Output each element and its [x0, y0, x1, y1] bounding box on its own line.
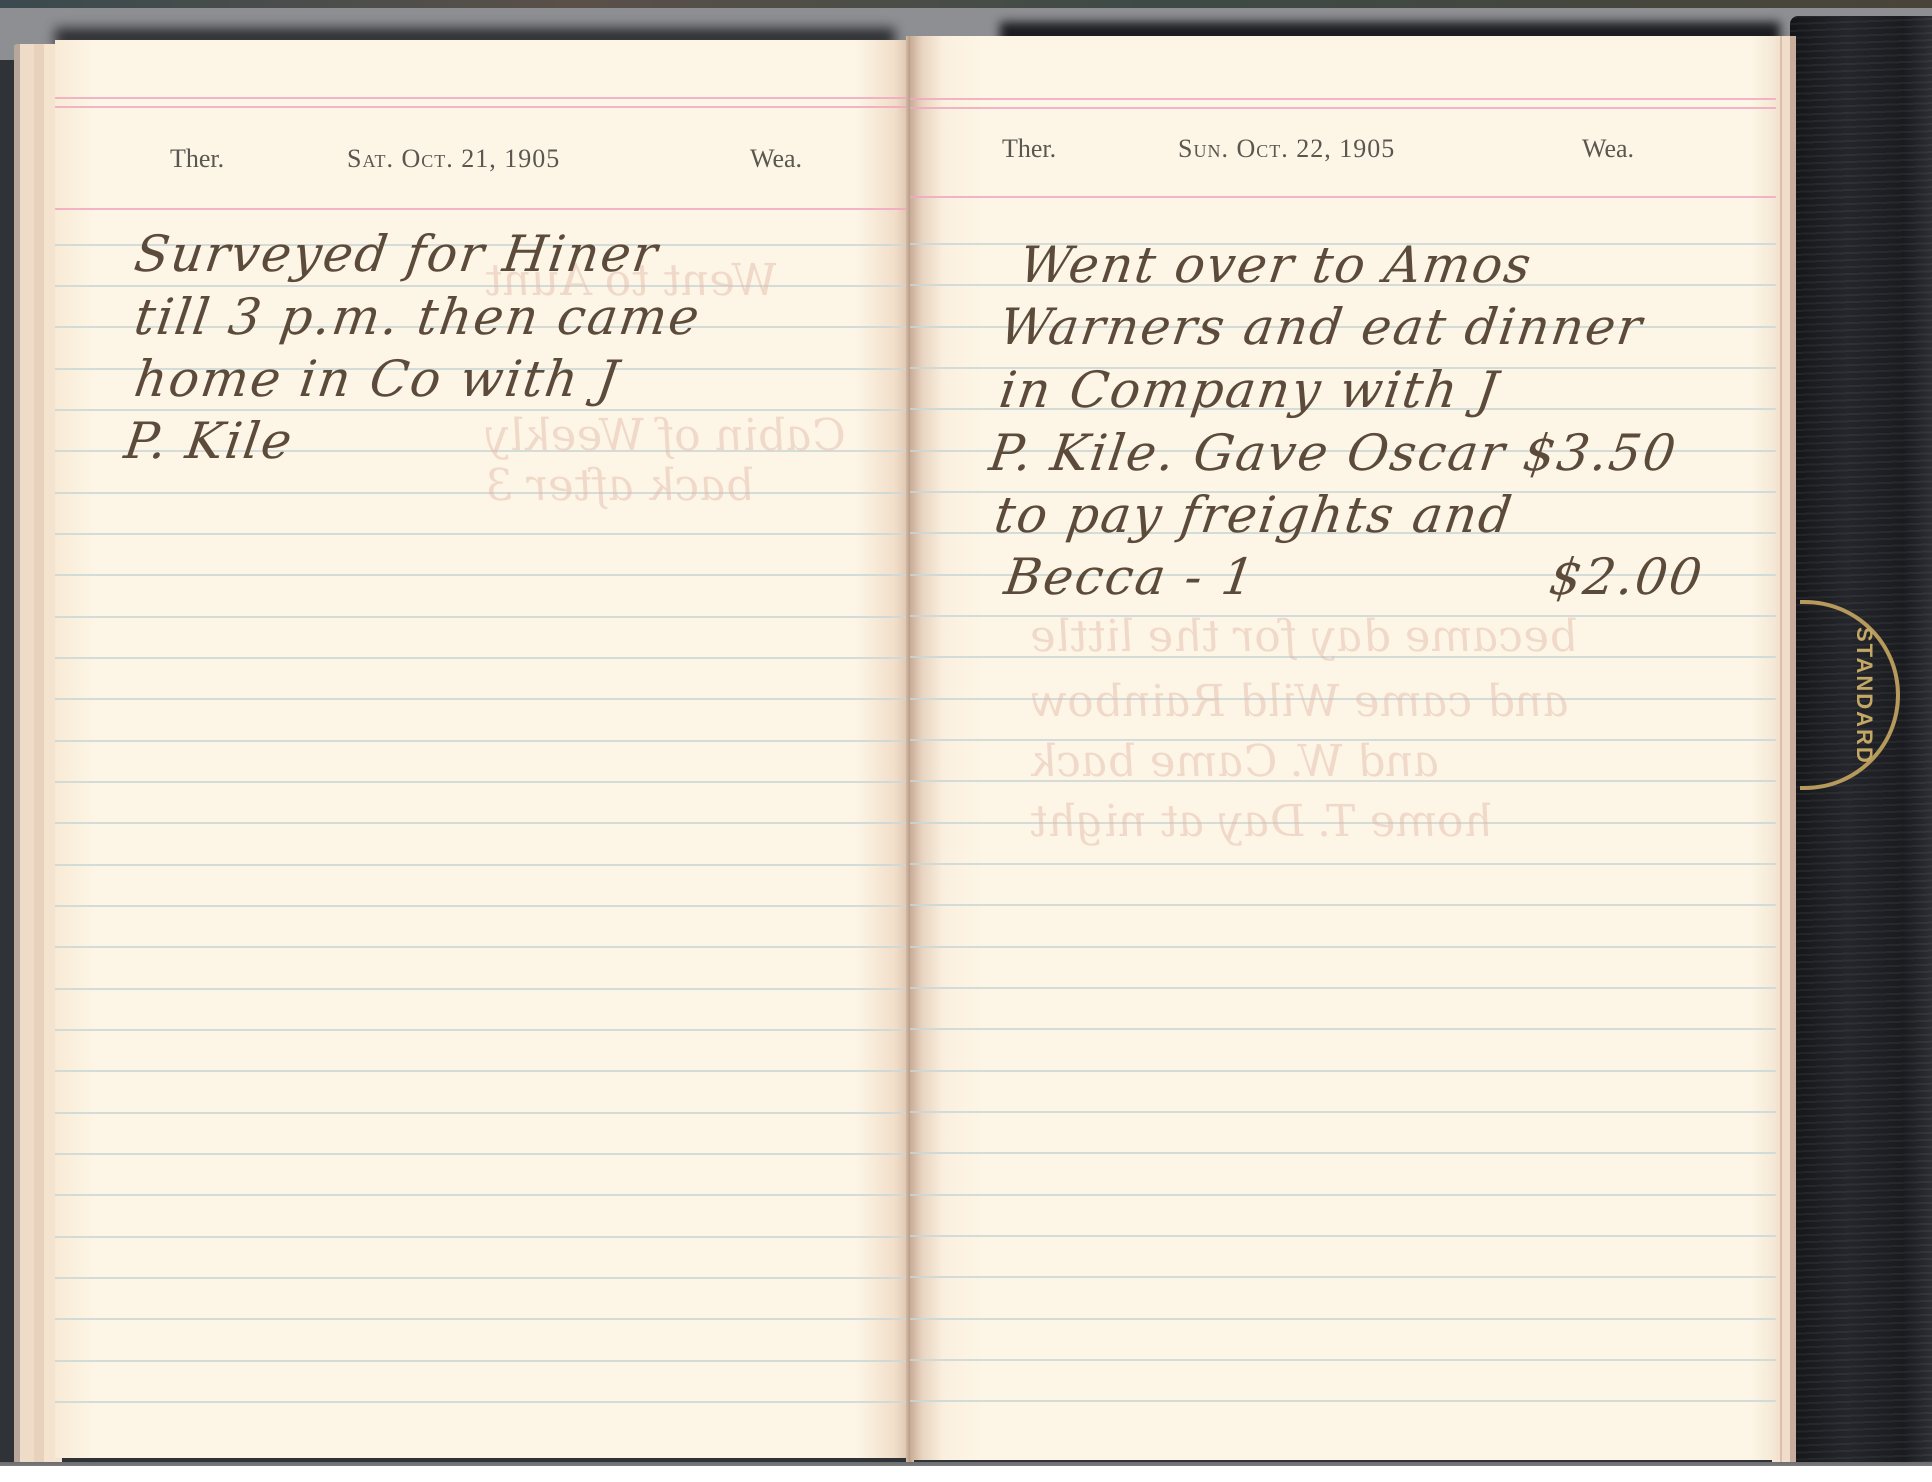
ruled-line — [55, 285, 910, 287]
ruled-line — [55, 740, 910, 742]
handwritten-amount: $2.00 — [1546, 548, 1707, 606]
ruled-line — [55, 657, 910, 659]
ruled-line — [910, 1318, 1776, 1320]
bleed-through-text: home T. Day at night — [1026, 796, 1495, 847]
ruled-line — [910, 1070, 1776, 1072]
ruled-line — [55, 1277, 910, 1279]
ruled-line — [55, 1153, 910, 1155]
ruled-line — [55, 946, 910, 948]
ruled-line — [910, 1111, 1776, 1113]
ruled-line — [55, 1360, 910, 1362]
ruled-line — [910, 1276, 1776, 1278]
ruled-line — [910, 1152, 1776, 1154]
pink-rule — [910, 196, 1776, 198]
scan-bottom-edge — [0, 1466, 1932, 1482]
ruled-line — [910, 904, 1776, 906]
bleed-through-text: and came Wild Rainbow — [1026, 676, 1572, 727]
ruled-line — [55, 1318, 910, 1320]
pink-rule — [910, 107, 1776, 109]
right-page: Ther. Sun. Oct. 22, 1905 Wea. became day… — [910, 36, 1776, 1460]
scan-top-edge — [0, 0, 1932, 8]
ruled-line — [55, 1112, 910, 1114]
page-date: Sat. Oct. 21, 1905 — [347, 144, 560, 174]
handwritten-line: Warners and eat dinner — [996, 298, 1647, 356]
ruled-line — [910, 1194, 1776, 1196]
left-page: Ther. Sat. Oct. 21, 1905 Wea. Went to Au… — [55, 40, 910, 1458]
wea-label: Wea. — [1582, 134, 1634, 164]
pink-rule — [55, 106, 910, 108]
ruled-line — [55, 1070, 910, 1072]
bleed-through-text: became day for the little — [1026, 611, 1581, 662]
handwritten-line: P. Kile — [121, 412, 297, 470]
handwritten-line: home in Co with J — [131, 350, 624, 408]
ruled-line — [55, 1194, 910, 1196]
handwritten-line: P. Kile. Gave Oscar $3.50 — [986, 424, 1681, 482]
ruled-line — [55, 905, 910, 907]
ruled-line — [55, 781, 910, 783]
ther-label: Ther. — [1002, 134, 1056, 164]
bleed-through-text: back after 3 — [481, 460, 757, 511]
handwritten-line: Surveyed for Hiner — [131, 225, 663, 283]
emblem-text: STANDARD — [1816, 616, 1878, 776]
pink-rule — [55, 208, 910, 210]
handwritten-line: to pay freights and — [991, 486, 1517, 544]
handwritten-line: Becca - 1 — [1001, 548, 1260, 606]
ruled-line — [55, 492, 910, 494]
ruled-line — [55, 822, 910, 824]
ruled-line — [55, 1401, 910, 1403]
ruled-line — [55, 988, 910, 990]
ruled-line — [55, 698, 910, 700]
ruled-line — [910, 1235, 1776, 1237]
ther-label: Ther. — [170, 144, 224, 174]
ruled-line — [910, 1400, 1776, 1402]
ruled-line — [910, 1028, 1776, 1030]
handwritten-line: Went over to Amos — [1016, 236, 1536, 294]
bleed-through-text: Cabin of Weekly — [481, 410, 849, 461]
bleed-through-text: and W. Came back — [1026, 736, 1443, 787]
ruled-line — [55, 1029, 910, 1031]
page-date: Sun. Oct. 22, 1905 — [1178, 134, 1395, 164]
ruled-line — [55, 574, 910, 576]
pink-rule — [55, 97, 910, 99]
ruled-line — [910, 863, 1776, 865]
ruled-line — [55, 533, 910, 535]
wea-label: Wea. — [750, 144, 802, 174]
handwritten-line: in Company with J — [996, 361, 1503, 419]
ruled-line — [910, 946, 1776, 948]
ruled-line — [55, 864, 910, 866]
ruled-line — [910, 987, 1776, 989]
ruled-line — [910, 1359, 1776, 1361]
ruled-line — [55, 616, 910, 618]
handwritten-line: till 3 p.m. then came — [131, 288, 705, 346]
pink-rule — [910, 98, 1776, 100]
ruled-line — [55, 1236, 910, 1238]
